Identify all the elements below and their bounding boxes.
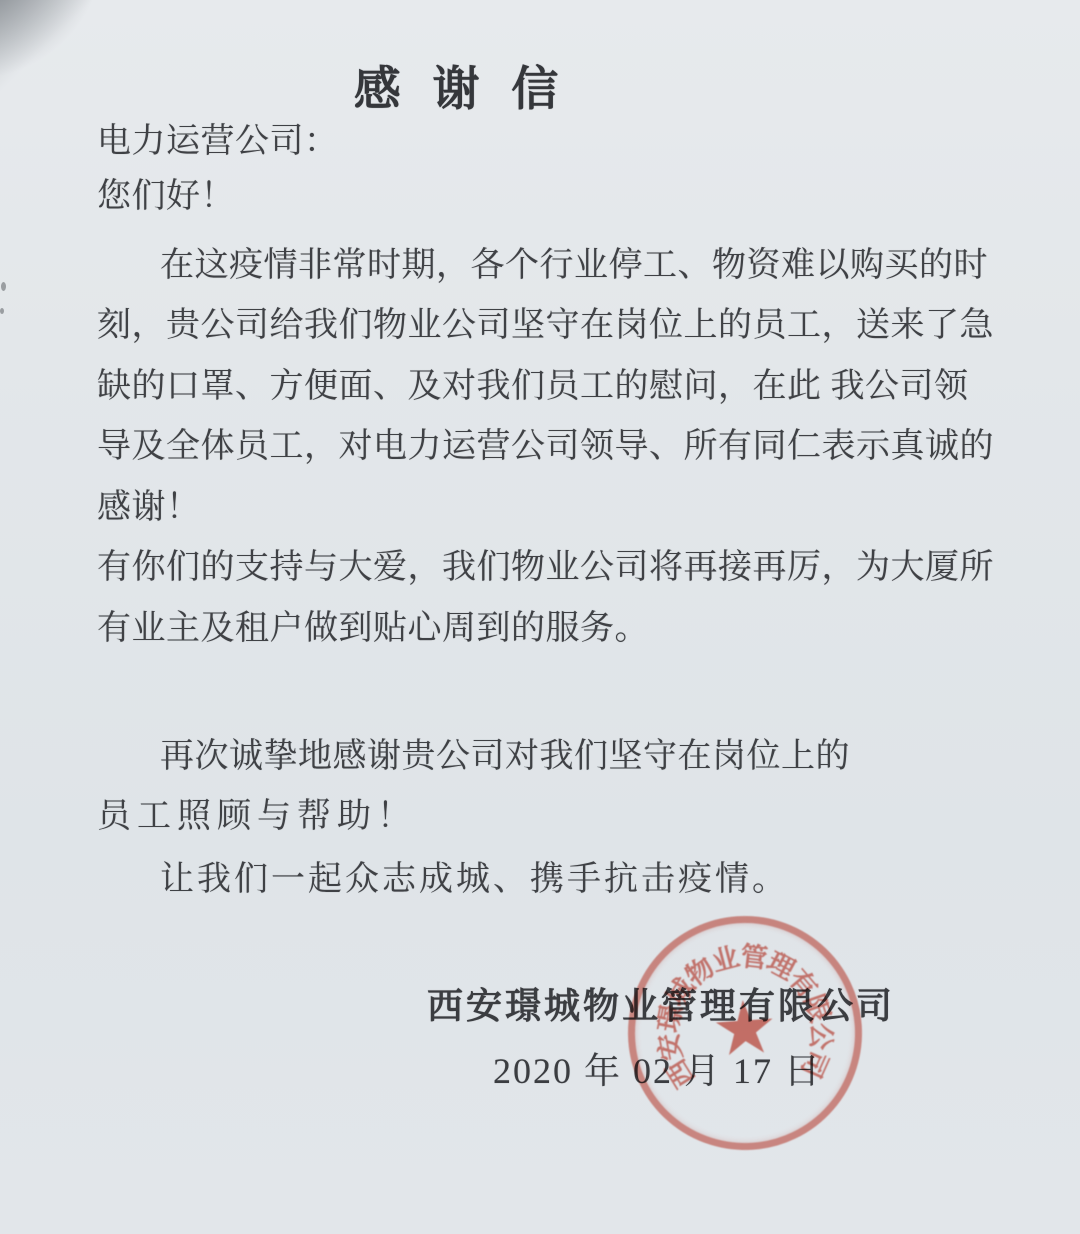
company-seal-stamp: 西安璟城物业管理有限公司 ★ [620, 908, 870, 1158]
body-line: 感谢！ [97, 488, 201, 528]
page-title: 感 谢 信 [0, 52, 922, 119]
body-line: 让我们一起众志成城、携手抗击疫情。 [160, 860, 789, 900]
scanned-letter-page: 感 谢 信 电力运营公司： 您们好！ 在这疫情非常时期，各个行业停工、物资难以购… [0, 0, 1080, 1234]
body-line: 在这疫情非常时期，各个行业停工、物资难以购买的时 [160, 246, 988, 286]
body-line: 缺的口罩、方便面、及对我们员工的慰问，在此 我公司领 [97, 367, 969, 407]
star-icon: ★ [709, 989, 780, 1067]
greeting: 您们好！ [97, 177, 235, 217]
salutation: 电力运营公司： [97, 122, 339, 162]
body-line: 再次诚挚地感谢贵公司对我们坚守在岗位上的 [160, 737, 850, 777]
body-line: 刻，贵公司给我们物业公司坚守在岗位上的员工，送来了急 [97, 306, 994, 346]
body-line: 有你们的支持与大爱，我们物业公司将再接再厉，为大厦所 [97, 548, 994, 588]
body-line: 员工照顾与帮助！ [97, 797, 417, 837]
scan-speck [0, 308, 4, 314]
scan-speck [1, 282, 6, 291]
body-line: 有业主及租户做到贴心周到的服务。 [97, 609, 649, 649]
body-line: 导及全体员工，对电力运营公司领导、所有同仁表示真诚的 [97, 427, 994, 467]
